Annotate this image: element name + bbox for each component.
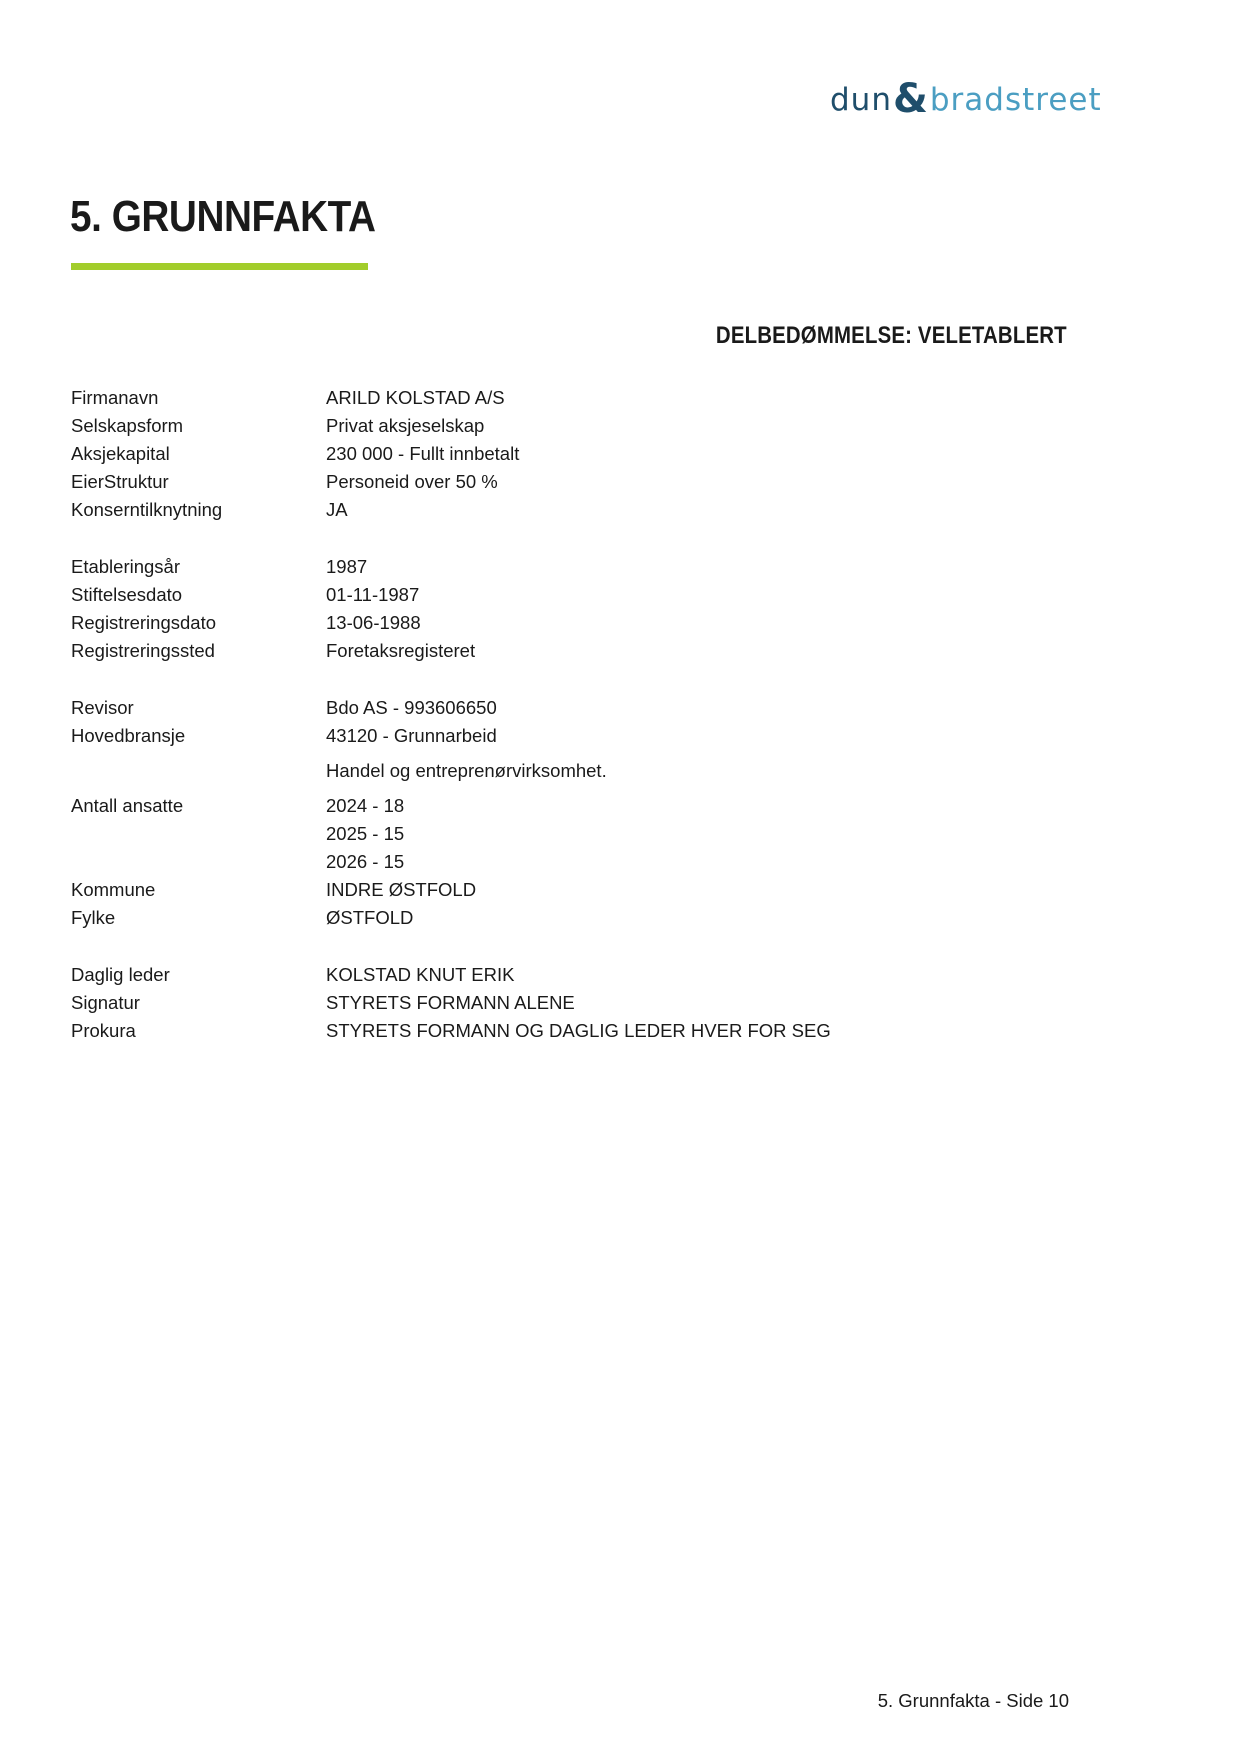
fact-value: STYRETS FORMANN ALENE [326, 989, 575, 1017]
fact-row-prokura: Prokura STYRETS FORMANN OG DAGLIG LEDER … [71, 1017, 971, 1045]
fact-value: KOLSTAD KNUT ERIK [326, 961, 514, 989]
fact-row-kommune: Kommune INDRE ØSTFOLD [71, 876, 971, 904]
fact-row-registreringssted: Registreringssted Foretaksregisteret [71, 637, 971, 665]
dun-bradstreet-logo: dun & bradstreet [830, 78, 1102, 122]
fact-value: ARILD KOLSTAD A/S [326, 384, 505, 412]
fact-row-stiftelsesdato: Stiftelsesdato 01-11-1987 [71, 581, 971, 609]
spacer [71, 524, 971, 553]
fact-row-signatur: Signatur STYRETS FORMANN ALENE [71, 989, 971, 1017]
spacer [71, 750, 971, 757]
fact-row-antall-ansatte-2025: 2025 - 15 [71, 820, 971, 848]
fact-label: Hovedbransje [71, 722, 326, 750]
fact-row-antall-ansatte: Antall ansatte 2024 - 18 [71, 792, 971, 820]
fact-value: 230 000 - Fullt innbetalt [326, 440, 519, 468]
fact-row-description: Handel og entreprenørvirksomhet. [71, 757, 971, 785]
fact-row-eierstruktur: EierStruktur Personeid over 50 % [71, 468, 971, 496]
fact-value: 01-11-1987 [326, 581, 419, 609]
fact-row-aksjekapital: Aksjekapital 230 000 - Fullt innbetalt [71, 440, 971, 468]
logo-text-bradstreet: bradstreet [930, 82, 1102, 118]
fact-row-registreringsdato: Registreringsdato 13-06-1988 [71, 609, 971, 637]
logo-ampersand-icon: & [893, 76, 929, 122]
fact-value: 1987 [326, 553, 367, 581]
fact-value: ØSTFOLD [326, 904, 413, 932]
fact-value: Foretaksregisteret [326, 637, 475, 665]
fact-label: Konserntilknytning [71, 496, 326, 524]
fact-label: Kommune [71, 876, 326, 904]
fact-row-fylke: Fylke ØSTFOLD [71, 904, 971, 932]
fact-value: Privat aksjeselskap [326, 412, 484, 440]
rating-heading: DELBEDØMMELSE: VELETABLERT [716, 322, 1067, 350]
fact-label-empty [71, 820, 326, 848]
fact-label: Registreringssted [71, 637, 326, 665]
fact-value: STYRETS FORMANN OG DAGLIG LEDER HVER FOR… [326, 1017, 831, 1045]
fact-row-revisor: Revisor Bdo AS - 993606650 [71, 694, 971, 722]
fact-row-antall-ansatte-2026: 2026 - 15 [71, 848, 971, 876]
fact-value: 2025 - 15 [326, 820, 404, 848]
fact-label: Fylke [71, 904, 326, 932]
fact-label: EierStruktur [71, 468, 326, 496]
fact-label-empty [71, 848, 326, 876]
fact-label: Aksjekapital [71, 440, 326, 468]
fact-row-daglig-leder: Daglig leder KOLSTAD KNUT ERIK [71, 961, 971, 989]
fact-value: 2026 - 15 [326, 848, 404, 876]
page-footer: 5. Grunnfakta - Side 10 [878, 1690, 1069, 1712]
facts-table: Firmanavn ARILD KOLSTAD A/S Selskapsform… [71, 384, 971, 1045]
fact-value: 2024 - 18 [326, 792, 404, 820]
fact-label: Daglig leder [71, 961, 326, 989]
spacer [71, 932, 971, 961]
fact-value: Bdo AS - 993606650 [326, 694, 497, 722]
fact-value: 13-06-1988 [326, 609, 421, 637]
business-description: Handel og entreprenørvirksomhet. [326, 757, 607, 785]
title-underline-divider [71, 263, 368, 270]
fact-label: Registreringsdato [71, 609, 326, 637]
spacer [71, 785, 971, 792]
fact-label: Prokura [71, 1017, 326, 1045]
fact-label: Signatur [71, 989, 326, 1017]
spacer [71, 665, 971, 694]
fact-row-hovedbransje: Hovedbransje 43120 - Grunnarbeid [71, 722, 971, 750]
fact-value: INDRE ØSTFOLD [326, 876, 476, 904]
fact-label: Stiftelsesdato [71, 581, 326, 609]
fact-value: 43120 - Grunnarbeid [326, 722, 497, 750]
fact-row-selskapsform: Selskapsform Privat aksjeselskap [71, 412, 971, 440]
fact-row-etableringsar: Etableringsår 1987 [71, 553, 971, 581]
fact-label: Etableringsår [71, 553, 326, 581]
page-title: 5. GRUNNFAKTA [70, 192, 375, 242]
logo-text-dun: dun [830, 82, 892, 118]
fact-row-konserntilknytning: Konserntilknytning JA [71, 496, 971, 524]
fact-value: JA [326, 496, 348, 524]
fact-label: Selskapsform [71, 412, 326, 440]
fact-value: Personeid over 50 % [326, 468, 498, 496]
fact-label-empty [71, 757, 326, 785]
fact-row-firmanavn: Firmanavn ARILD KOLSTAD A/S [71, 384, 971, 412]
fact-label: Revisor [71, 694, 326, 722]
fact-label: Firmanavn [71, 384, 326, 412]
fact-label: Antall ansatte [71, 792, 326, 820]
